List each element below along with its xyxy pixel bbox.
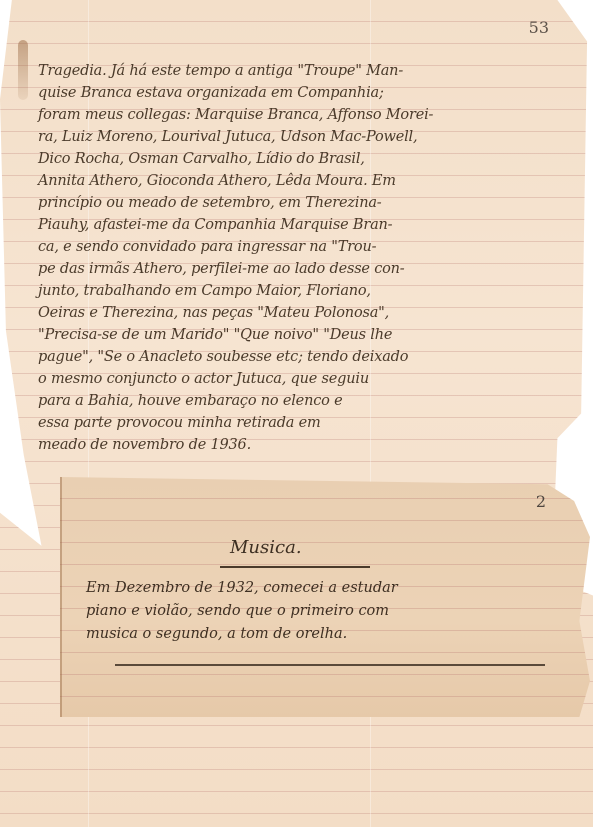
- text-line: o mesmo conjuncto o actor Jutuca, que se…: [38, 368, 586, 390]
- text-line: "Precisa-se de um Marido" "Que noivo" "D…: [38, 324, 586, 346]
- title-underline: [220, 566, 370, 568]
- note-line: Em Dezembro de 1932, comecei a estudar: [86, 577, 586, 600]
- text-line: Dico Rocha, Osman Carvalho, Lídio do Bra…: [38, 148, 586, 170]
- text-line: quise Branca estava organizada em Compan…: [38, 82, 586, 104]
- text-line: Oeiras e Therezina, nas peças "Mateu Pol…: [38, 302, 586, 324]
- note-body: Em Dezembro de 1932, comecei a estudar p…: [86, 577, 586, 646]
- text-line: Annita Athero, Gioconda Athero, Lêda Mou…: [38, 170, 586, 192]
- attached-note: 2 Musica. Em Dezembro de 1932, comecei a…: [60, 477, 590, 717]
- text-line: meado de novembro de 1936.: [38, 434, 586, 456]
- note-line: piano e violão, sendo que o primeiro com: [86, 600, 586, 623]
- text-line: pague", "Se o Anacleto soubesse etc; ten…: [38, 346, 586, 368]
- text-line: ra, Luiz Moreno, Lourival Jutuca, Udson …: [38, 126, 586, 148]
- text-line: para a Bahia, houve embaraço no elenco e: [38, 390, 586, 412]
- text-line: ca, e sendo convidado para ingressar na …: [38, 236, 586, 258]
- text-line: essa parte provocou minha retirada em: [38, 412, 586, 434]
- note-title: Musica.: [230, 537, 302, 558]
- text-line: Piauhy, afastei-me da Companhia Marquise…: [38, 214, 586, 236]
- note-page-number: 2: [536, 492, 546, 511]
- main-handwritten-text: Tragedia. Já há este tempo a antiga "Tro…: [38, 60, 586, 456]
- note-divider: [115, 664, 545, 666]
- text-line: junto, trabalhando em Campo Maior, Flori…: [38, 280, 586, 302]
- text-line: princípio ou meado de setembro, em There…: [38, 192, 586, 214]
- text-line: foram meus collegas: Marquise Branca, Af…: [38, 104, 586, 126]
- note-line: musica o segundo, a tom de orelha.: [86, 623, 586, 646]
- text-line: Tragedia. Já há este tempo a antiga "Tro…: [38, 60, 586, 82]
- page-number: 53: [529, 18, 549, 37]
- text-line: pe das irmãs Athero, perfilei-me ao lado…: [38, 258, 586, 280]
- ink-stain: [18, 40, 28, 100]
